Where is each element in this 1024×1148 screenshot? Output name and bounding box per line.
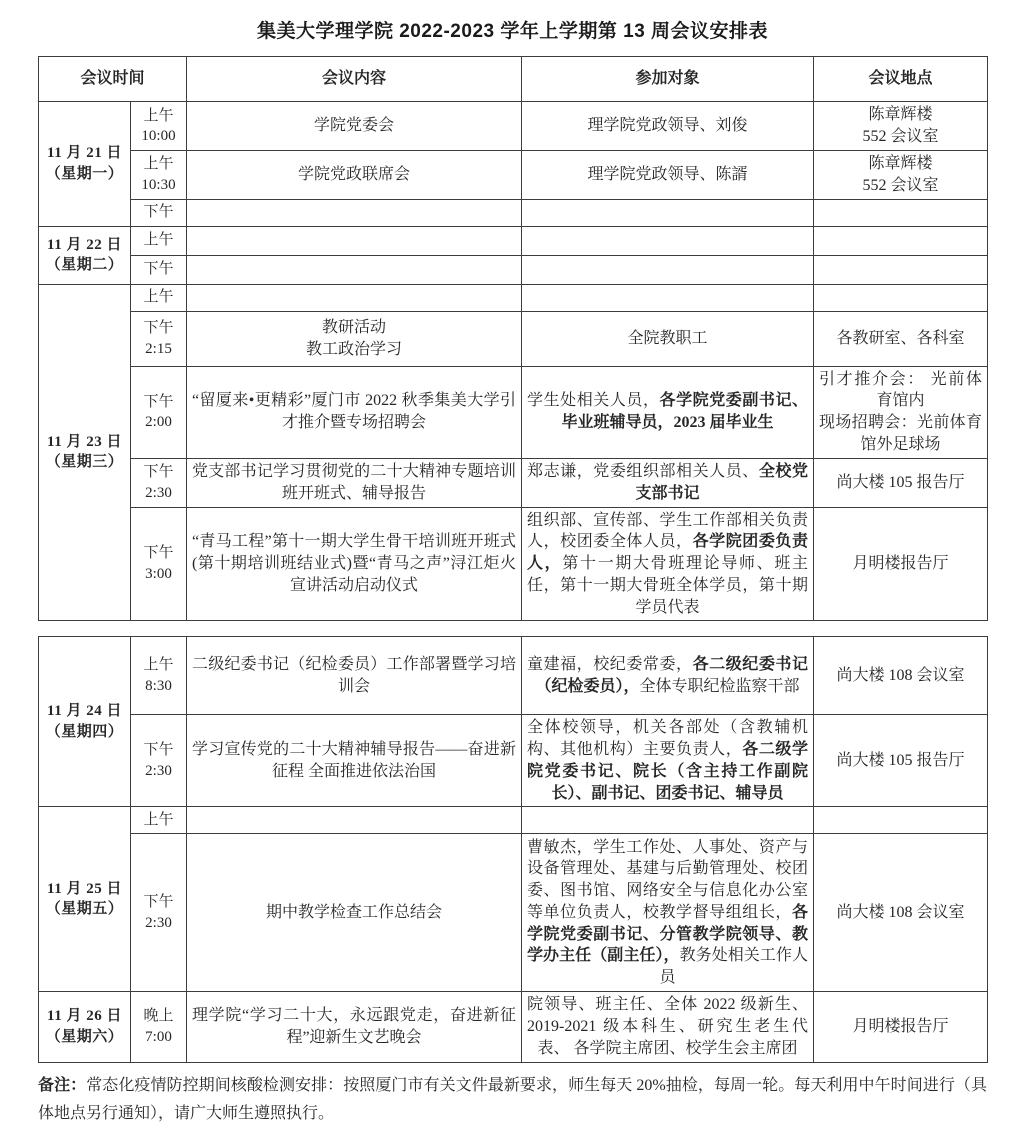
participants-segment: 学生处相关人员， <box>527 392 660 409</box>
schedule-row: 11 月 23 日 （星期三）上午 <box>39 284 988 311</box>
participants-segment: 第十一期大骨班理论导师、班主任，第十一期大骨班全体学员，第十期学员代表 <box>527 555 808 616</box>
participants-segment: 全院教职工 <box>628 330 708 347</box>
schedule-row: 11 月 24 日 （星期四）上午 8:30二级纪委书记（纪检委员）工作部署暨学… <box>39 637 988 715</box>
meeting-content-cell: 期中教学检查工作总结会 <box>187 834 522 992</box>
schedule-row: 11 月 26 日 （星期六）晚上 7:00理学院“学习二十大，永远跟党走，奋进… <box>39 992 988 1062</box>
participants-cell: 组织部、宣传部、学生工作部相关负责人，校团委全体人员，各学院团委负责人，第十一期… <box>522 507 814 621</box>
participants-segment: 理学院党政领导、陈諝 <box>588 166 748 183</box>
participants-cell: 理学院党政领导、刘俊 <box>522 102 814 151</box>
location-cell <box>814 255 988 284</box>
schedule-body-1: 11 月 21 日 （星期一）上午 10:00学院党委会理学院党政领导、刘俊陈章… <box>39 102 988 621</box>
participants-cell: 学生处相关人员，各学院党委副书记、毕业班辅导员，2023 届毕业生 <box>522 366 814 458</box>
schedule-table-week-first-half: 会议时间 会议内容 参加对象 会议地点 11 月 21 日 （星期一）上午 10… <box>38 56 988 621</box>
location-cell <box>814 226 988 255</box>
location-cell: 尚大楼 105 报告厅 <box>814 458 988 507</box>
meeting-content-cell: “青马工程”第十一期大学生骨干培训班开班式(第十期培训班结业式)暨“青马之声”浔… <box>187 507 522 621</box>
time-cell: 上午 10:30 <box>131 151 187 200</box>
meeting-content-cell: 党支部书记学习贯彻党的二十大精神专题培训班开班式、辅导报告 <box>187 458 522 507</box>
time-cell: 晚上 7:00 <box>131 992 187 1062</box>
footnote: 备注：常态化疫情防控期间核酸检测安排：按照厦门市有关文件最新要求，师生每天 20… <box>38 1072 987 1128</box>
schedule-row: 11 月 25 日 （星期五）上午 <box>39 807 988 834</box>
time-cell: 下午 2:30 <box>131 715 187 807</box>
schedule-row: 下午 2:00“留厦来•更精彩”厦门市 2022 秋季集美大学引才推介暨专场招聘… <box>39 366 988 458</box>
participants-cell <box>522 255 814 284</box>
time-cell: 下午 2:30 <box>131 834 187 992</box>
participants-cell: 童建福，校纪委常委，各二级纪委书记（纪检委员），全体专职纪检监察干部 <box>522 637 814 715</box>
meeting-content-cell <box>187 807 522 834</box>
time-cell: 上午 10:00 <box>131 102 187 151</box>
schedule-row: 11 月 22 日 （星期二）上午 <box>39 226 988 255</box>
participants-cell <box>522 807 814 834</box>
time-cell: 下午 <box>131 199 187 226</box>
time-cell: 上午 8:30 <box>131 637 187 715</box>
date-cell: 11 月 21 日 （星期一） <box>39 102 131 227</box>
date-cell: 11 月 22 日 （星期二） <box>39 226 131 284</box>
date-cell: 11 月 25 日 （星期五） <box>39 807 131 992</box>
time-cell: 上午 <box>131 807 187 834</box>
participants-cell: 院领导、班主任、全体 2022 级新生、2019-2021 级本科生、研究生老生… <box>522 992 814 1062</box>
meeting-content-cell: 学院党委会 <box>187 102 522 151</box>
header-meeting-content: 会议内容 <box>187 57 522 102</box>
participants-cell: 曹敏杰，学生工作处、人事处、资产与设备管理处、基建与后勤管理处、校团委、图书馆、… <box>522 834 814 992</box>
location-cell: 陈章辉楼 552 会议室 <box>814 151 988 200</box>
meeting-content-cell: 理学院“学习二十大，永远跟党走，奋进新征程”迎新生文艺晚会 <box>187 992 522 1062</box>
meeting-content-cell <box>187 284 522 311</box>
meeting-content-cell: 学院党政联席会 <box>187 151 522 200</box>
participants-segment: 理学院党政领导、刘俊 <box>588 117 748 134</box>
time-cell: 下午 2:00 <box>131 366 187 458</box>
time-cell: 上午 <box>131 284 187 311</box>
location-cell <box>814 284 988 311</box>
schedule-row: 下午 2:30党支部书记学习贯彻党的二十大精神专题培训班开班式、辅导报告郑志谦，… <box>39 458 988 507</box>
location-cell: 尚大楼 105 报告厅 <box>814 715 988 807</box>
schedule-row: 下午 <box>39 255 988 284</box>
footnote-label: 备注： <box>38 1077 86 1094</box>
meeting-content-cell: 二级纪委书记（纪检委员）工作部署暨学习培训会 <box>187 637 522 715</box>
schedule-row: 下午 <box>39 199 988 226</box>
meeting-content-cell <box>187 226 522 255</box>
participants-cell: 全院教职工 <box>522 311 814 366</box>
participants-cell <box>522 199 814 226</box>
participants-cell: 全体校领导，机关各部处（含教辅机构、其他机构）主要负责人，各二级学院党委书记、院… <box>522 715 814 807</box>
schedule-row: 下午 2:30期中教学检查工作总结会曹敏杰，学生工作处、人事处、资产与设备管理处… <box>39 834 988 992</box>
time-cell: 下午 2:30 <box>131 458 187 507</box>
participants-segment: 郑志谦，党委组织部相关人员、 <box>527 463 759 480</box>
location-cell: 陈章辉楼 552 会议室 <box>814 102 988 151</box>
schedule-table-week-second-half: 11 月 24 日 （星期四）上午 8:30二级纪委书记（纪检委员）工作部署暨学… <box>38 636 988 1062</box>
date-cell: 11 月 26 日 （星期六） <box>39 992 131 1062</box>
time-cell: 下午 2:15 <box>131 311 187 366</box>
location-cell: 尚大楼 108 会议室 <box>814 834 988 992</box>
participants-segment: 教务处相关工作人员 <box>659 947 808 986</box>
participants-cell <box>522 226 814 255</box>
date-cell: 11 月 24 日 （星期四） <box>39 637 131 807</box>
participants-segment: 全体专职纪检监察干部 <box>640 678 800 695</box>
header-location: 会议地点 <box>814 57 988 102</box>
meeting-content-cell <box>187 199 522 226</box>
time-cell: 下午 3:00 <box>131 507 187 621</box>
location-cell: 月明楼报告厅 <box>814 507 988 621</box>
schedule-body-2: 11 月 24 日 （星期四）上午 8:30二级纪委书记（纪检委员）工作部署暨学… <box>39 637 988 1062</box>
location-cell: 各教研室、各科室 <box>814 311 988 366</box>
footnote-text: 常态化疫情防控期间核酸检测安排：按照厦门市有关文件最新要求，师生每天 20%抽检… <box>38 1077 987 1122</box>
participants-segment: 院领导、班主任、全体 2022 级新生、2019-2021 级本科生、研究生老生… <box>527 996 808 1057</box>
schedule-row: 上午 10:30学院党政联席会理学院党政领导、陈諝陈章辉楼 552 会议室 <box>39 151 988 200</box>
participants-segment: 曹敏杰，学生工作处、人事处、资产与设备管理处、基建与后勤管理处、校团委、图书馆、… <box>527 839 808 921</box>
meeting-content-cell <box>187 255 522 284</box>
time-cell: 下午 <box>131 255 187 284</box>
schedule-row: 下午 3:00“青马工程”第十一期大学生骨干培训班开班式(第十期培训班结业式)暨… <box>39 507 988 621</box>
participants-cell: 理学院党政领导、陈諝 <box>522 151 814 200</box>
meeting-content-cell: 教研活动 教工政治学习 <box>187 311 522 366</box>
header-meeting-time: 会议时间 <box>39 57 187 102</box>
location-cell <box>814 807 988 834</box>
meeting-content-cell: “留厦来•更精彩”厦门市 2022 秋季集美大学引才推介暨专场招聘会 <box>187 366 522 458</box>
participants-cell <box>522 284 814 311</box>
schedule-row: 11 月 21 日 （星期一）上午 10:00学院党委会理学院党政领导、刘俊陈章… <box>39 102 988 151</box>
location-cell: 尚大楼 108 会议室 <box>814 637 988 715</box>
location-cell: 月明楼报告厅 <box>814 992 988 1062</box>
date-cell: 11 月 23 日 （星期三） <box>39 284 131 621</box>
schedule-row: 下午 2:30学习宣传党的二十大精神辅导报告——奋进新征程 全面推进依法治国全体… <box>39 715 988 807</box>
time-cell: 上午 <box>131 226 187 255</box>
participants-cell: 郑志谦，党委组织部相关人员、全校党支部书记 <box>522 458 814 507</box>
header-participants: 参加对象 <box>522 57 814 102</box>
participants-segment: 童建福，校纪委常委， <box>527 656 693 673</box>
schedule-row: 下午 2:15教研活动 教工政治学习全院教职工各教研室、各科室 <box>39 311 988 366</box>
location-cell <box>814 199 988 226</box>
header-row: 会议时间 会议内容 参加对象 会议地点 <box>39 57 988 102</box>
page-title: 集美大学理学院 2022-2023 学年上学期第 13 周会议安排表 <box>38 16 987 43</box>
meeting-content-cell: 学习宣传党的二十大精神辅导报告——奋进新征程 全面推进依法治国 <box>187 715 522 807</box>
document-page: 集美大学理学院 2022-2023 学年上学期第 13 周会议安排表 会议时间 … <box>0 0 1024 1148</box>
location-cell: 引才推介会： 光前体育馆内 现场招聘会：光前体育馆外足球场 <box>814 366 988 458</box>
